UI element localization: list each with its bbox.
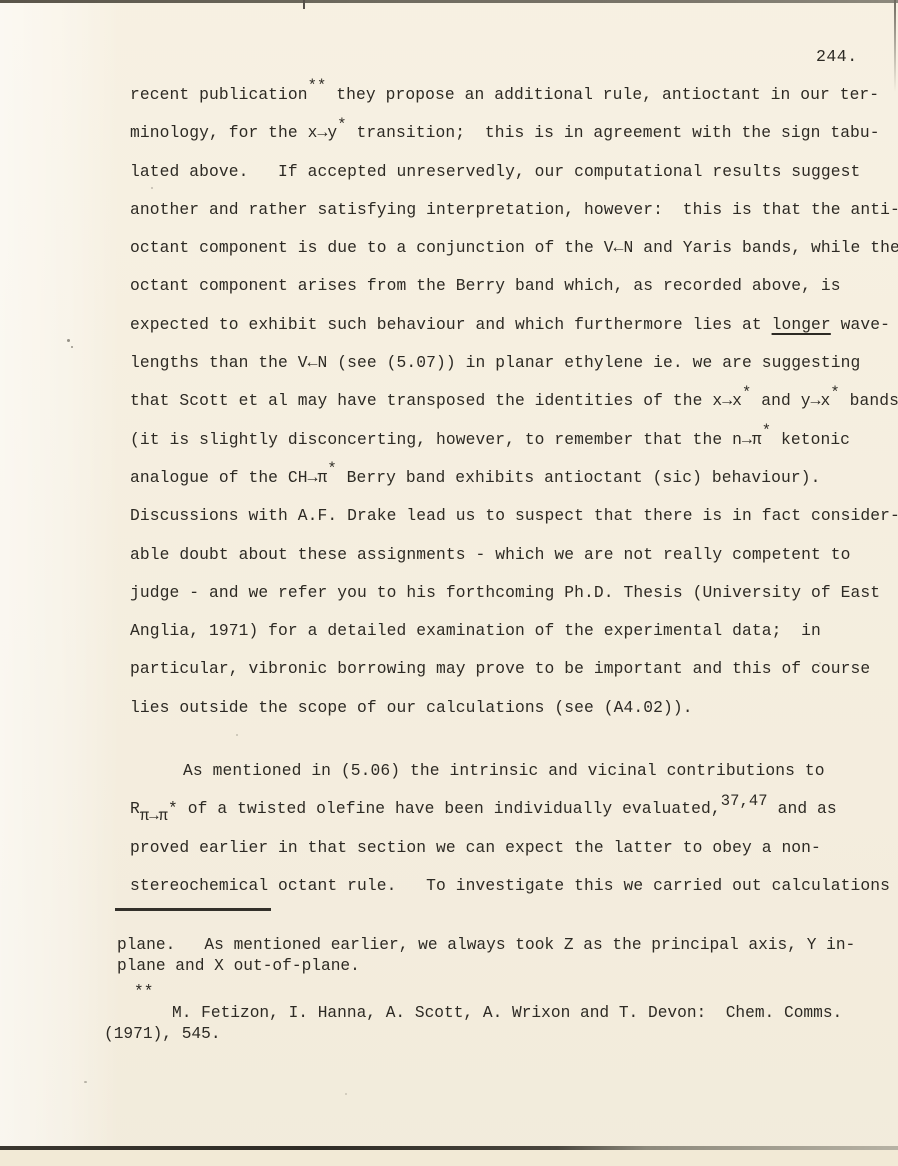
text-segment: able doubt about these assignments - whi… — [130, 545, 851, 564]
footnotes: plane. As mentioned earlier, we always t… — [104, 935, 894, 1045]
text-segment: proved earlier in that section we can ex… — [130, 838, 821, 857]
text-segment: Anglia, 1971) for a detailed examination… — [130, 621, 821, 640]
scan-speck — [67, 339, 70, 342]
text-segment: (it is slightly disconcerting, however, … — [130, 430, 762, 449]
text-line: (it is slightly disconcerting, however, … — [130, 421, 898, 459]
superscript: 37,47 — [721, 792, 768, 810]
text-line: minology, for the x→y* transition; this … — [130, 114, 898, 152]
text-line: As mentioned in (5.06) the intrinsic and… — [130, 752, 898, 790]
scan-speck — [236, 734, 238, 736]
scan-speck — [345, 1093, 347, 1095]
text-line: proved earlier in that section we can ex… — [130, 829, 898, 867]
text-segment: another and rather satisfying interpreta… — [130, 200, 898, 219]
text-segment: M. Fetizon, I. Hanna, A. Scott, A. Wrixo… — [172, 1004, 842, 1022]
scan-mark-top — [303, 0, 305, 9]
text-line: lated above. If accepted unreservedly, o… — [130, 153, 898, 191]
paragraph: As mentioned in (5.06) the intrinsic and… — [130, 752, 898, 905]
text-line: particular, vibronic borrowing may prove… — [130, 650, 898, 688]
text-segment: lengths than the V←N (see (5.07)) in pla… — [130, 353, 860, 372]
footnote-separator — [115, 908, 271, 911]
text-line: Discussions with A.F. Drake lead us to s… — [130, 497, 898, 535]
text-line: recent publication** they propose an add… — [130, 76, 898, 114]
text-segment: R — [130, 799, 140, 818]
text-line: lies outside the scope of our calculatio… — [130, 689, 898, 727]
page-number: 244. — [816, 47, 858, 66]
scan-speck — [586, 242, 588, 244]
paragraph: recent publication** they propose an add… — [130, 76, 898, 727]
superscript: * — [327, 460, 336, 478]
text-line: Anglia, 1971) for a detailed examination… — [130, 612, 898, 650]
text-segment: As mentioned in (5.06) the intrinsic and… — [183, 761, 825, 780]
text-segment: judge - and we refer you to his forthcom… — [130, 583, 880, 602]
text-segment: recent publication — [130, 85, 308, 104]
footnote-line: plane. As mentioned earlier, we always t… — [104, 935, 894, 956]
text-segment: expected to exhibit such behaviour and w… — [130, 315, 772, 334]
text-segment: ketonic — [771, 430, 850, 449]
text-segment: Berry band exhibits antioctant (sic) beh… — [337, 468, 821, 487]
scan-edge-top — [0, 0, 898, 3]
scanned-thesis-page: 244. recent publication** they propose a… — [0, 0, 898, 1166]
text-line: that Scott et al may have transposed the… — [130, 382, 898, 420]
superscript: * — [762, 422, 771, 440]
text-segment: Discussions with A.F. Drake lead us to s… — [130, 506, 898, 525]
text-line: stereochemical octant rule. To investiga… — [130, 867, 898, 905]
text-line: expected to exhibit such behaviour and w… — [130, 306, 898, 344]
subscript: π→π — [140, 807, 168, 825]
text-segment: octant component is due to a conjunction… — [130, 238, 898, 257]
text-segment: minology, for the x→y — [130, 123, 337, 142]
scan-speck — [819, 662, 821, 664]
text-line: analogue of the CH→π* Berry band exhibit… — [130, 459, 898, 497]
superscript: * — [742, 384, 751, 402]
text-segment: * of a twisted olefine have been individ… — [168, 799, 721, 818]
text-segment: and as — [768, 799, 837, 818]
scan-bed-strip — [0, 1150, 898, 1166]
superscript: * — [830, 384, 839, 402]
footnote-line: plane and X out-of-plane. — [104, 956, 894, 977]
text-line: able doubt about these assignments - whi… — [130, 536, 898, 574]
text-segment: ** — [134, 983, 153, 1001]
underlined-text: longer — [772, 315, 831, 334]
text-line: octant component is due to a conjunction… — [130, 229, 898, 267]
text-segment: that Scott et al may have transposed the… — [130, 391, 742, 410]
text-segment: lies outside the scope of our calculatio… — [130, 698, 693, 717]
text-segment: wave- — [831, 315, 890, 334]
text-line: judge - and we refer you to his forthcom… — [130, 574, 898, 612]
footnote-marker: ** — [104, 982, 894, 1003]
text-segment: transition; this is in agreement with th… — [347, 123, 880, 142]
scan-speck — [151, 187, 153, 189]
superscript: ** — [308, 77, 327, 95]
text-line: octant component arises from the Berry b… — [130, 267, 898, 305]
body-text: recent publication** they propose an add… — [130, 76, 898, 905]
scan-speck — [71, 346, 73, 348]
footnote-line: M. Fetizon, I. Hanna, A. Scott, A. Wrixo… — [104, 1003, 894, 1024]
text-line: Rπ→π* of a twisted olefine have been ind… — [130, 790, 898, 828]
text-segment: particular, vibronic borrowing may prove… — [130, 659, 870, 678]
text-segment: plane. As mentioned earlier, we always t… — [117, 936, 855, 954]
text-segment: and y→x — [751, 391, 830, 410]
footnote-line: (1971), 545. — [104, 1024, 894, 1045]
text-segment: octant component arises from the Berry b… — [130, 276, 841, 295]
text-segment: they propose an additional rule, antioct… — [326, 85, 879, 104]
text-segment: (1971), 545. — [104, 1025, 221, 1043]
text-line: another and rather satisfying interpreta… — [130, 191, 898, 229]
text-segment: plane and X out-of-plane. — [117, 957, 360, 975]
text-segment: analogue of the CH→π — [130, 468, 327, 487]
text-line: lengths than the V←N (see (5.07)) in pla… — [130, 344, 898, 382]
scan-speck — [84, 1081, 87, 1083]
text-segment: lated above. If accepted unreservedly, o… — [130, 162, 860, 181]
text-segment: bands — [840, 391, 898, 410]
text-segment: stereochemical octant rule. To investiga… — [130, 876, 890, 895]
superscript: * — [337, 116, 346, 134]
